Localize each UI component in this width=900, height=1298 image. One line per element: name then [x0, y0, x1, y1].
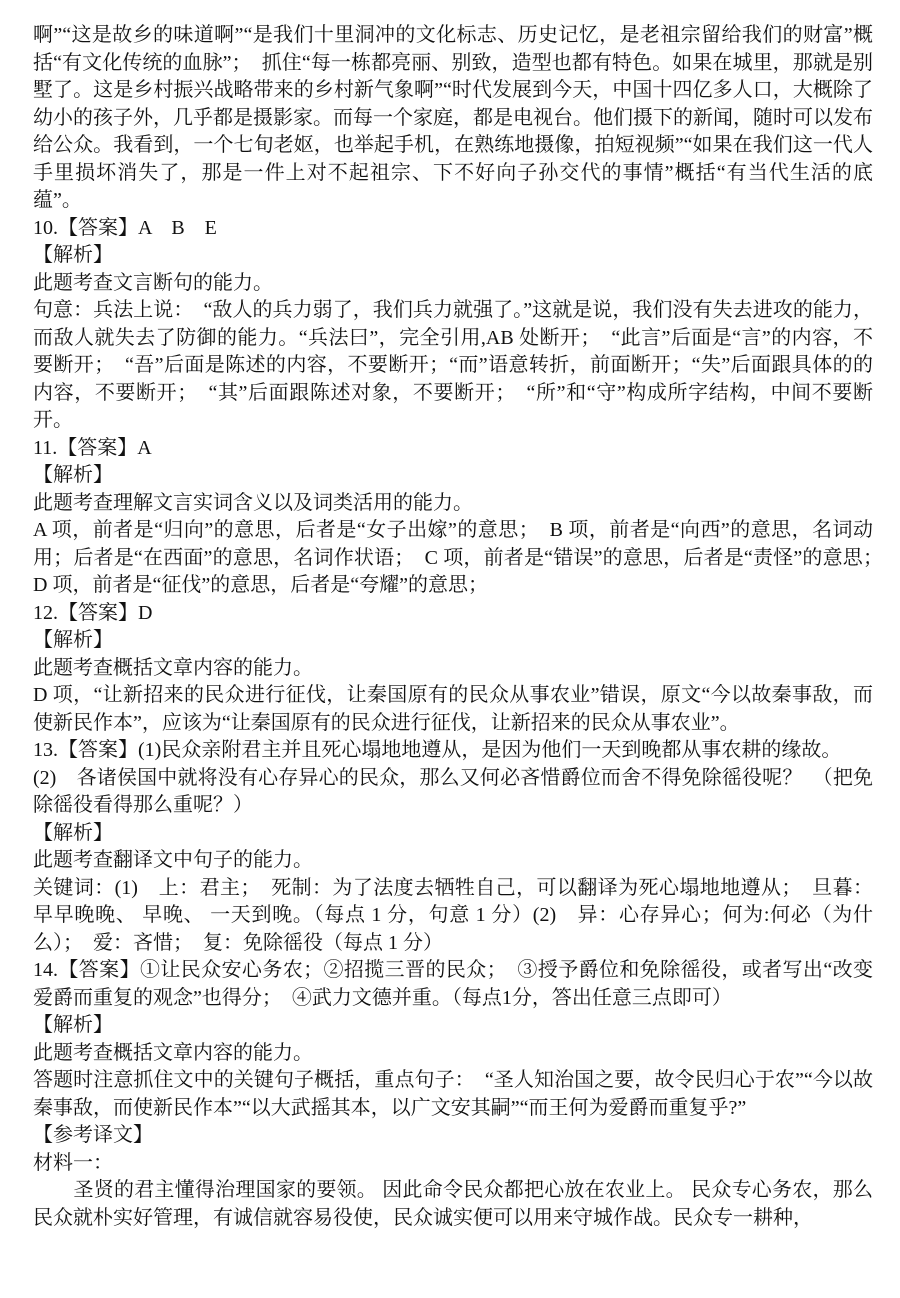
q11-analysis-label: 【解析】 [33, 462, 873, 490]
q13-analysis-skill: 此题考查翻译文中句子的能力。 [33, 847, 873, 875]
q14-analysis-detail: 答题时注意抓住文中的关键句子概括，重点句子： “圣人知治国之要，故令民归心于农”… [33, 1067, 873, 1122]
q13-analysis-label: 【解析】 [33, 820, 873, 848]
q10-analysis-label: 【解析】 [33, 242, 873, 270]
document-page: 啊”“这是故乡的味道啊”“是我们十里洞冲的文化标志、历史记忆，是老祖宗留给我们的… [0, 0, 900, 1298]
q11-answer-line: 11.【答案】A [33, 435, 873, 463]
q13-answer-line-2: (2) 各诸侯国中就将没有心存异心的民众，那么又何必吝惜爵位而舍不得免除徭役呢？… [33, 765, 873, 820]
q13-answer-line-1: 13.【答案】(1)民众亲附君主并且死心塌地地遵从，是因为他们一天到晚都从事农耕… [33, 737, 873, 765]
material-one-label: 材料一： [33, 1150, 873, 1178]
reference-translation-label: 【参考译文】 [33, 1122, 873, 1150]
q11-analysis-detail: A 项，前者是“归向”的意思，后者是“女子出嫁”的意思； B 项，前者是“向西”… [33, 517, 873, 600]
passage-analysis-paragraph: 啊”“这是故乡的味道啊”“是我们十里洞冲的文化标志、历史记忆，是老祖宗留给我们的… [33, 22, 873, 215]
q12-analysis-detail: D 项，“让新招来的民众进行征伐，让秦国原有的民众从事农业”错误，原文“今以故秦… [33, 682, 873, 737]
q10-answer-line: 10.【答案】A B E [33, 215, 873, 243]
q14-answer-line: 14.【答案】①让民众安心务农；②招揽三晋的民众； ③授予爵位和免除徭役，或者写… [33, 957, 873, 1012]
q14-analysis-label: 【解析】 [33, 1012, 873, 1040]
q12-answer-line: 12.【答案】D [33, 600, 873, 628]
q10-analysis-detail: 句意：兵法上说： “敌人的兵力弱了，我们兵力就强了。”这就是说，我们没有失去进攻… [33, 297, 873, 435]
q12-analysis-skill: 此题考查概括文章内容的能力。 [33, 655, 873, 683]
q11-analysis-skill: 此题考查理解文言实词含义以及词类活用的能力。 [33, 490, 873, 518]
q14-analysis-skill: 此题考查概括文章内容的能力。 [33, 1040, 873, 1068]
q13-analysis-detail: 关键词：(1) 上：君主； 死制：为了法度去牺牲自己，可以翻译为死心塌地地遵从；… [33, 875, 873, 958]
material-one-text: 圣贤的君主懂得治理国家的要领。 因此命令民众都把心放在农业上。 民众专心务农，那… [33, 1177, 873, 1232]
q12-analysis-label: 【解析】 [33, 627, 873, 655]
q10-analysis-skill: 此题考查文言断句的能力。 [33, 270, 873, 298]
